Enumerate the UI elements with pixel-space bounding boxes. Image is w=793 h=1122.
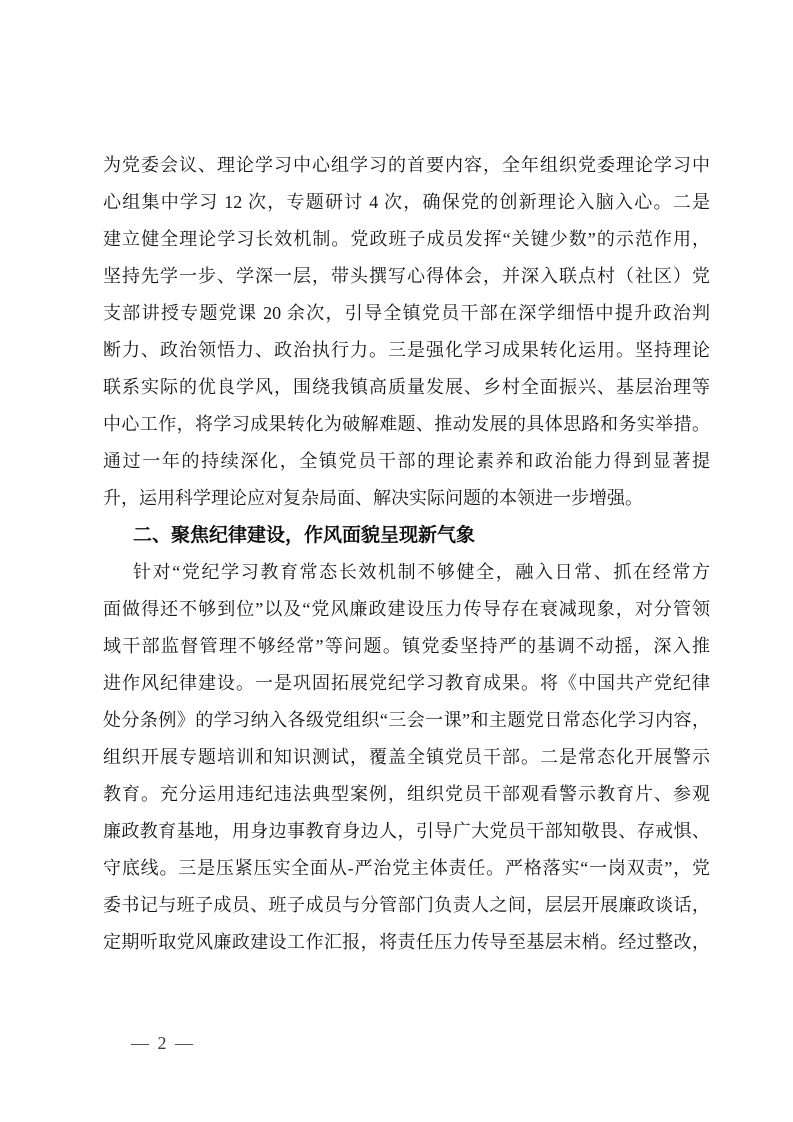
text-line: 中心工作，将学习成果转化为破解难题、推动发展的具体思路和务实举措。 <box>103 406 710 443</box>
text-line: 心组集中学习 12 次，专题研讨 4 次，确保党的创新理论入脑入心。二是 <box>103 184 710 221</box>
text-line: 处分条例》的学习纳入各级党组织“三会一课”和主题党日常态化学习内容， <box>103 702 710 739</box>
paragraph-1: 为党委会议、理论学习中心组学习的首要内容，全年组织党委理论学习中 心组集中学习 … <box>103 147 710 517</box>
text-line: 支部讲授专题党课 20 余次，引导全镇党员干部在深学细悟中提升政治判 <box>103 295 710 332</box>
text-line: 升，运用科学理论应对复杂局面、解决实际问题的本领进一步增强。 <box>103 480 710 517</box>
paragraph-2: 针对“党纪学习教育常态长效机制不够健全，融入日常、抓在经常方 面做得还不够到位”… <box>103 554 710 961</box>
text-line: 通过一年的持续深化，全镇党员干部的理论素养和政治能力得到显著提 <box>103 443 710 480</box>
text-line: 断力、政治领悟力、政治执行力。三是强化学习成果转化运用。坚持理论 <box>103 332 710 369</box>
page-number: — 2 — <box>131 1026 195 1060</box>
document-page: 为党委会议、理论学习中心组学习的首要内容，全年组织党委理论学习中 心组集中学习 … <box>0 0 793 1122</box>
text-line: 守底线。三是压紧压实全面从-严治党主体责任。严格落实“一岗双责”，党 <box>103 850 710 887</box>
text-line: 域干部监督管理不够经常”等问题。镇党委坚持严的基调不动摇，深入推 <box>103 628 710 665</box>
text-line: 建立健全理论学习长效机制。党政班子成员发挥“关键少数”的示范作用， <box>103 221 710 258</box>
text-line: 廉政教育基地，用身边事教育身边人，引导广大党员干部知敬畏、存戒惧、 <box>103 813 710 850</box>
text-line: 进作风纪律建设。一是巩固拓展党纪学习教育成果。将《中国共产党纪律 <box>103 665 710 702</box>
text-line: 为党委会议、理论学习中心组学习的首要内容，全年组织党委理论学习中 <box>103 147 710 184</box>
text-line: 组织开展专题培训和知识测试，覆盖全镇党员干部。二是常态化开展警示 <box>103 739 710 776</box>
text-line: 定期听取党风廉政建设工作汇报，将责任压力传导至基层末梢。经过整改， <box>103 924 710 961</box>
document-text-block: 为党委会议、理论学习中心组学习的首要内容，全年组织党委理论学习中 心组集中学习 … <box>103 147 710 961</box>
text-line: 教育。充分运用违纪违法典型案例，组织党员干部观看警示教育片、参观 <box>103 776 710 813</box>
text-line: 坚持先学一步、学深一层，带头撰写心得体会，并深入联点村（社区）党 <box>103 258 710 295</box>
text-line: 面做得还不够到位”以及“党风廉政建设压力传导存在衰减现象，对分管领 <box>103 591 710 628</box>
text-line: 针对“党纪学习教育常态长效机制不够健全，融入日常、抓在经常方 <box>103 554 710 591</box>
section-heading: 二、聚焦纪律建设，作风面貌呈现新气象 <box>103 517 710 554</box>
text-line: 联系实际的优良学风，围绕我镇高质量发展、乡村全面振兴、基层治理等 <box>103 369 710 406</box>
text-line: 委书记与班子成员、班子成员与分管部门负责人之间，层层开展廉政谈话， <box>103 887 710 924</box>
